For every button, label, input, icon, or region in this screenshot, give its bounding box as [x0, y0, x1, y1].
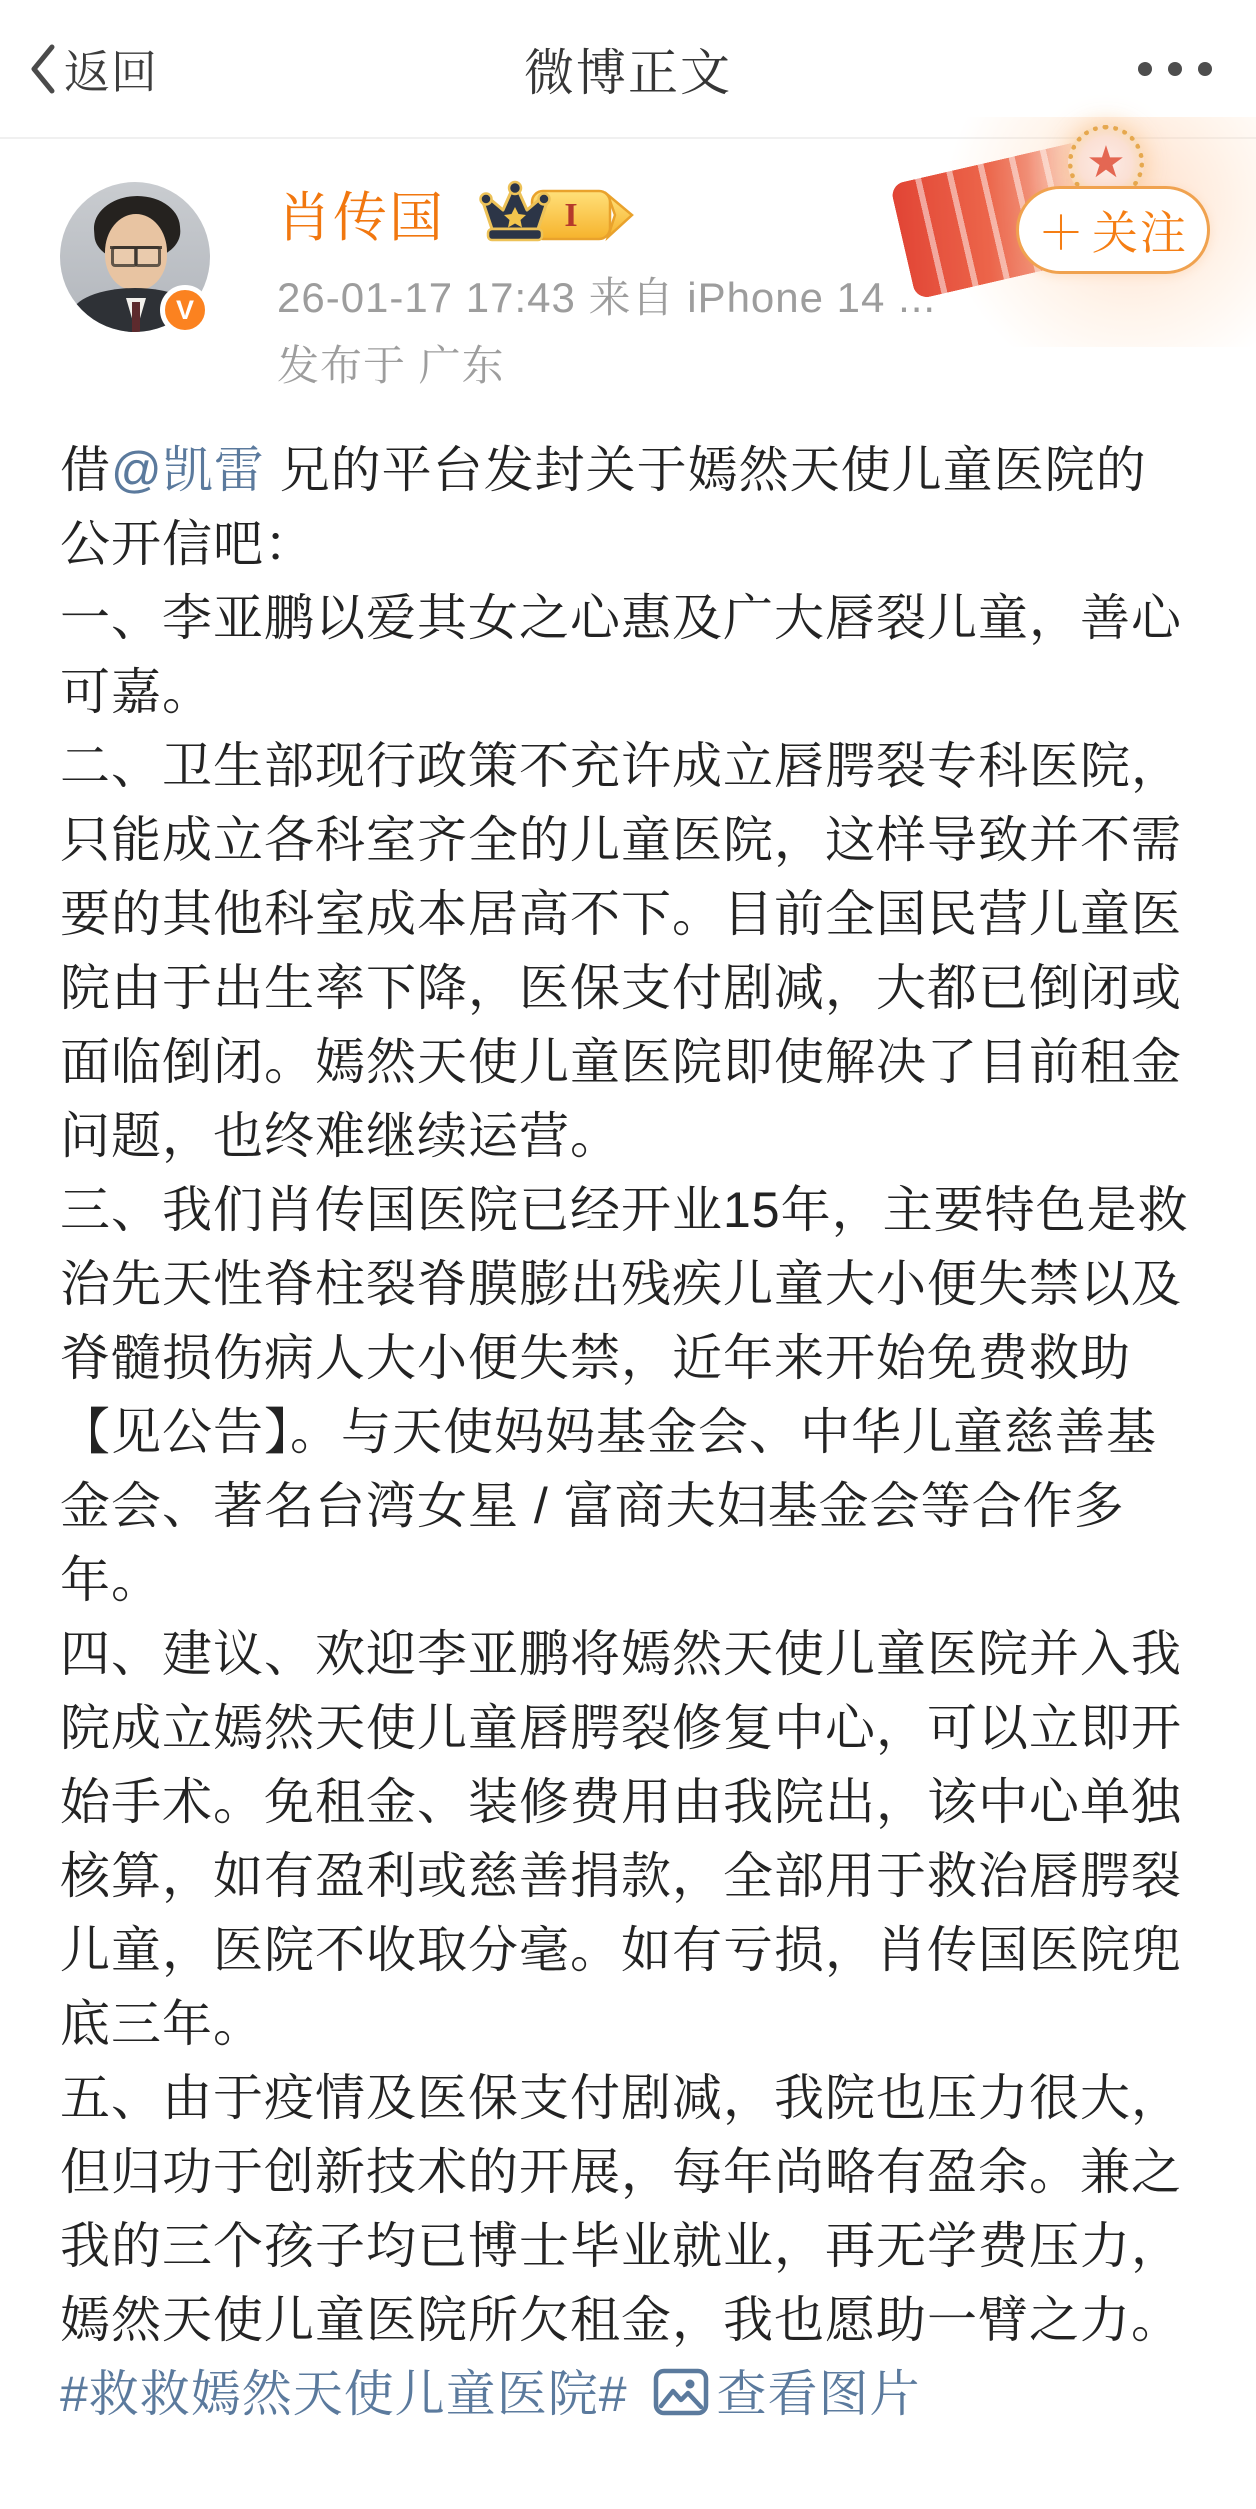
username[interactable]: 肖传国 [277, 175, 445, 252]
plus-icon: ＋ [1038, 197, 1086, 263]
back-button[interactable]: 返回 [28, 36, 158, 102]
follow-button[interactable]: ＋ 关注 [1016, 186, 1210, 274]
verified-badge-icon: V [160, 285, 210, 335]
nav-bar: 返回 微博正文 [0, 0, 1256, 139]
avatar-tie [132, 302, 140, 332]
hashtag-gap [628, 2366, 643, 2422]
view-image-link[interactable]: 查看图片 [643, 2366, 921, 2422]
post-text-main: 兄的平台发封关于嫣然天使儿童医院的公开信吧： 一、李亚鹏以爱其女之心惠及广大唇裂… [60, 442, 1189, 2348]
timestamp-source: 26-01-17 17:43 来自 iPhone 14 ... [277, 265, 936, 325]
hashtag-link[interactable]: #救救嫣然天使儿童医院# [60, 2366, 628, 2422]
page-title: 微博正文 [524, 33, 732, 105]
avatar-glasses [110, 246, 162, 261]
post-text-lead: 借 [60, 442, 111, 498]
post-header: ★ V 肖传国 I [0, 139, 1256, 425]
back-label: 返回 [64, 36, 158, 102]
star-icon: ★ [1086, 141, 1125, 185]
post-body: 借@凯雷 兄的平台发封关于嫣然天使儿童医院的公开信吧： 一、李亚鹏以爱其女之心惠… [0, 433, 1256, 2431]
view-image-label: 查看图片 [717, 2366, 921, 2422]
vip-crown-badge[interactable]: I [468, 179, 640, 254]
mention-link[interactable]: @凯雷 [111, 442, 265, 498]
image-icon [653, 2368, 709, 2416]
post-text: 借@凯雷 兄的平台发封关于嫣然天使儿童医院的公开信吧： 一、李亚鹏以爱其女之心惠… [60, 433, 1196, 2431]
svg-text:I: I [564, 197, 577, 234]
published-location: 发布于 广东 [277, 333, 505, 393]
follow-label: 关注 [1092, 197, 1188, 263]
more-options-icon[interactable] [1136, 48, 1214, 90]
chevron-left-icon [28, 42, 58, 96]
